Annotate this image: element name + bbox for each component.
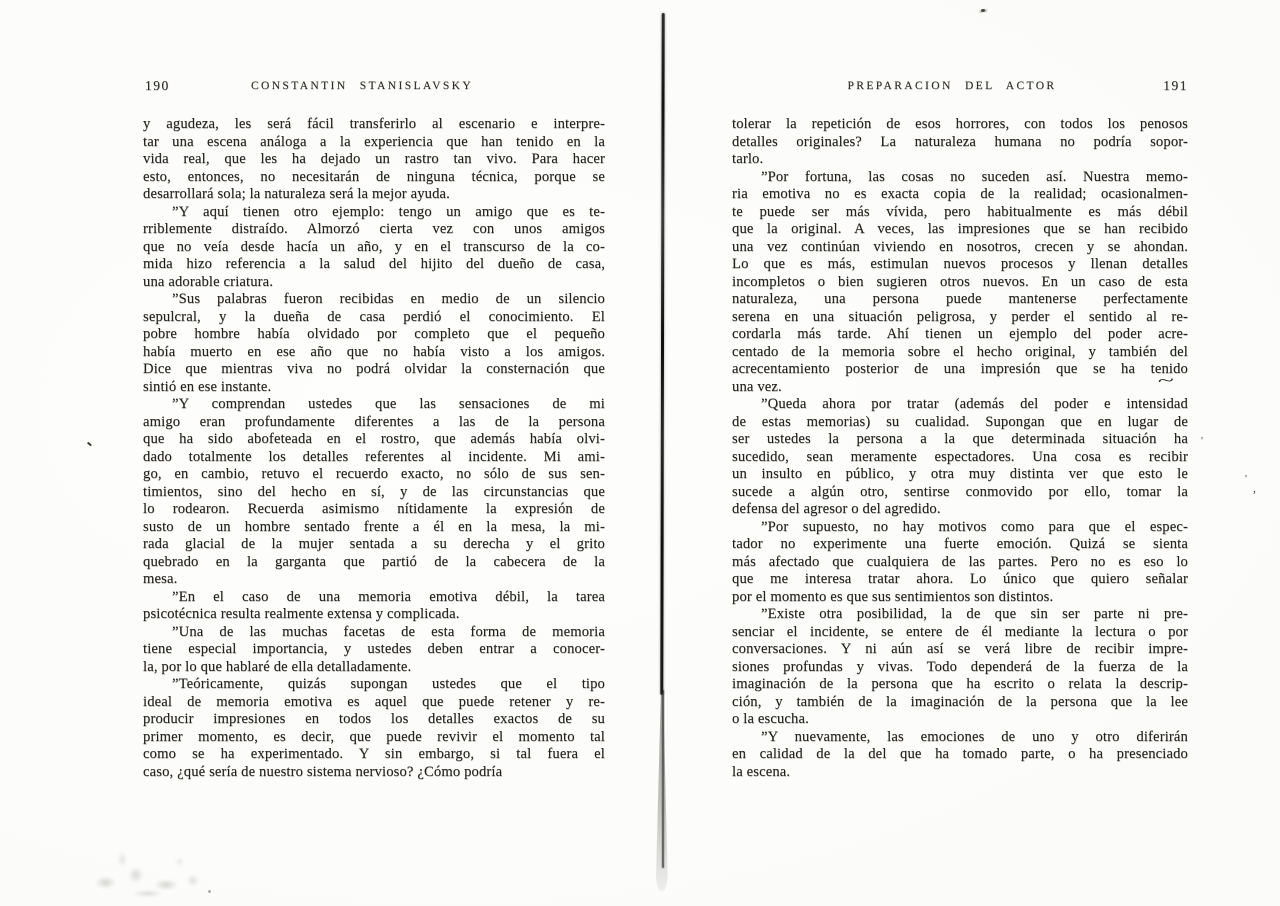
text-line: tolerar la repetición de esos horrores, … <box>732 116 1188 134</box>
text-line: acrecentamiento posterior de una impresi… <box>732 361 1188 379</box>
text-line: mesa. <box>143 571 605 589</box>
paragraph: ”Una de las muchas facetas de esta forma… <box>143 624 605 677</box>
stamp-smudge <box>72 843 240 898</box>
text-line: desarrollará sola; la naturaleza será la… <box>143 186 605 204</box>
text-line: sucedido, sean meramente espectadores. U… <box>732 449 1188 467</box>
text-line: rada glacial de la mujer sentada a su de… <box>143 536 605 554</box>
text-line: serena en una situación peligrosa, y per… <box>732 309 1188 327</box>
text-line: rriblemente distraído. Almorzó cierta ve… <box>143 221 605 239</box>
page-190-text-column: y agudeza, les será fácil transferirlo a… <box>143 116 605 781</box>
ink-speck <box>981 9 985 12</box>
text-line: esto, entonces, no necesitarán de ningun… <box>143 169 605 187</box>
text-line: centado de la memoria sobre el hecho ori… <box>732 344 1188 362</box>
text-line: ”Y nuevamente, las emociones de uno y ot… <box>732 729 1188 747</box>
text-line: que no veía desde hacía un año, y en el … <box>143 239 605 257</box>
paragraph: ”Y nuevamente, las emociones de uno y ot… <box>732 729 1188 782</box>
margin-apostrophe-mark: ' <box>1245 474 1247 485</box>
text-line: ”Existe otra posibilidad, la de que sin … <box>732 606 1188 624</box>
text-line: ideal de memoria emotiva es aquel que pu… <box>143 694 605 712</box>
text-line: una vez continúan viviendo en nosotros, … <box>732 239 1188 257</box>
text-line: susto de un hombre sentado frente a él e… <box>143 519 605 537</box>
text-line: go, en cambio, retuvo el recuerdo exacto… <box>143 466 605 484</box>
text-line: ”Teóricamente, quizás supongan ustedes q… <box>143 676 605 694</box>
paragraph: ”Teóricamente, quizás supongan ustedes q… <box>143 676 605 781</box>
text-line: te puede ser más vívida, pero habitualme… <box>732 204 1188 222</box>
text-line: pobre hombre había olvidado por completo… <box>143 326 605 344</box>
text-line: que la original. A veces, las impresione… <box>732 221 1188 239</box>
text-line: y agudeza, les será fácil transferirlo a… <box>143 116 605 134</box>
text-line: producir impresiones en todos los detall… <box>143 711 605 729</box>
running-header-title: PREPARACION DEL ACTOR <box>742 80 1162 92</box>
text-line: mida hizo referencia a la salud del hiji… <box>143 256 605 274</box>
text-line: en calidad de la del que ha tomado parte… <box>732 746 1188 764</box>
text-line: ”Por fortuna, las cosas no suceden así. … <box>732 169 1188 187</box>
text-line: tar una escena análoga a la experiencia … <box>143 134 605 152</box>
text-line: ”Y comprendan ustedes que las sensacione… <box>143 396 605 414</box>
text-line: Dice que mientras viva no podrá olvidar … <box>143 361 605 379</box>
book-gutter-shadow <box>660 13 664 695</box>
text-line: vida real, que les ha dejado un rastro t… <box>143 151 605 169</box>
text-line: timientos, sino del hecho en sí, y de la… <box>143 484 605 502</box>
text-line: naturaleza, una persona puede mantenerse… <box>732 291 1188 309</box>
text-line: ”Y aquí tienen otro ejemplo: tengo un am… <box>143 204 605 222</box>
paragraph: y agudeza, les será fácil transferirlo a… <box>143 116 605 204</box>
text-line: siones profundas y vivas. Todo dependerá… <box>732 659 1188 677</box>
text-line: había muerto en ese año que no había vis… <box>143 344 605 362</box>
page-number-right: 191 <box>1148 78 1188 94</box>
text-line: psicotécnica resulta realmente extensa y… <box>143 606 605 624</box>
text-line: Lo que es más, estimulan nuevos procesos… <box>732 256 1188 274</box>
paragraph: tolerar la repetición de esos horrores, … <box>732 116 1188 169</box>
page-191-text-column: tolerar la repetición de esos horrores, … <box>732 116 1188 781</box>
text-line: ”Por supuesto, no hay motivos como para … <box>732 519 1188 537</box>
paragraph: ”Y comprendan ustedes que las sensacione… <box>143 396 605 589</box>
text-line: lo rodearon. Recuerda asimismo nítidamen… <box>143 501 605 519</box>
paragraph: ”En el caso de una memoria emotiva débil… <box>143 589 605 624</box>
margin-tick-mark <box>87 442 92 446</box>
text-line: una adorable criatura. <box>143 274 605 292</box>
text-line: ”Queda ahora por tratar (además del pode… <box>732 396 1188 414</box>
text-line: la, por lo que hablaré de ella detallada… <box>143 659 605 677</box>
text-line: ”Una de las muchas facetas de esta forma… <box>143 624 605 642</box>
text-line: tador no experimente una fuerte emoción.… <box>732 536 1188 554</box>
ink-speck <box>208 890 211 893</box>
text-line: ”En el caso de una memoria emotiva débil… <box>143 589 605 607</box>
text-line: quebrado en la garganta que partió de la… <box>143 554 605 572</box>
text-line: ria emotiva no es exacta copia de la rea… <box>732 186 1188 204</box>
text-line: ”Sus palabras fueron recibidas en medio … <box>143 291 605 309</box>
text-line: cordarla más tarde. Ahí tienen un ejempl… <box>732 326 1188 344</box>
text-line: más afectado que cualquiera de las parte… <box>732 554 1188 572</box>
paragraph: ”Existe otra posibilidad, la de que sin … <box>732 606 1188 729</box>
text-line: ción, y también de la imaginación de la … <box>732 694 1188 712</box>
text-line: senciar el incidente, se entere de él me… <box>732 624 1188 642</box>
margin-tilde-mark: ~ <box>1156 373 1176 390</box>
text-line: detalles originales? La naturaleza human… <box>732 134 1188 152</box>
text-line: dado totalmente los detalles referentes … <box>143 449 605 467</box>
paragraph: ”Queda ahora por tratar (además del pode… <box>732 396 1188 519</box>
text-line: tiene especial importancia, y ustedes de… <box>143 641 605 659</box>
margin-apostrophe-mark: ' <box>1201 436 1203 447</box>
text-line: incompletos o bien sugieren otros nuevos… <box>732 274 1188 292</box>
text-line: que ha sido abofeteada en el rostro, que… <box>143 431 605 449</box>
text-line: un insulto en público, y otra muy distin… <box>732 466 1188 484</box>
text-line: conversaciones. Y ni aún así se verá lib… <box>732 641 1188 659</box>
text-line: como se ha experimentado. Y sin embargo,… <box>143 746 605 764</box>
text-line: de estas memorias) su cualidad. Supongan… <box>732 414 1188 432</box>
text-line: ser ustedes la persona a la que determin… <box>732 431 1188 449</box>
text-line: caso, ¿qué sería de nuestro sistema nerv… <box>143 764 605 782</box>
text-line: tarlo. <box>732 151 1188 169</box>
paragraph: ”Y aquí tienen otro ejemplo: tengo un am… <box>143 204 605 292</box>
text-line: que me interesa tratar ahora. Lo único q… <box>732 571 1188 589</box>
margin-comma-mark: , <box>1253 482 1256 494</box>
text-line: imaginación de la persona que ha escrito… <box>732 676 1188 694</box>
paragraph: ”Por fortuna, las cosas no suceden así. … <box>732 169 1188 397</box>
text-line: defensa del agresor o del agredido. <box>732 501 1188 519</box>
text-line: amigo eran profundamente diferentes a la… <box>143 414 605 432</box>
text-line: sepulcral, y la dueña de casa perdió el … <box>143 309 605 327</box>
scanned-book-spread: 190 CONSTANTIN STANISLAVSKY y agudeza, l… <box>0 0 1280 906</box>
text-line: una vez. <box>732 379 1188 397</box>
running-header-author: CONSTANTIN STANISLAVSKY <box>142 80 582 92</box>
book-gutter-smudge <box>654 693 670 891</box>
text-line: sucede a algún otro, sentirse conmovido … <box>732 484 1188 502</box>
text-line: o la escucha. <box>732 711 1188 729</box>
paragraph: ”Por supuesto, no hay motivos como para … <box>732 519 1188 607</box>
text-line: la escena. <box>732 764 1188 782</box>
text-line: primer momento, es decir, que puede revi… <box>143 729 605 747</box>
text-line: sintió en ese instante. <box>143 379 605 397</box>
text-line: por el momento es que sus sentimientos s… <box>732 589 1188 607</box>
paragraph: ”Sus palabras fueron recibidas en medio … <box>143 291 605 396</box>
